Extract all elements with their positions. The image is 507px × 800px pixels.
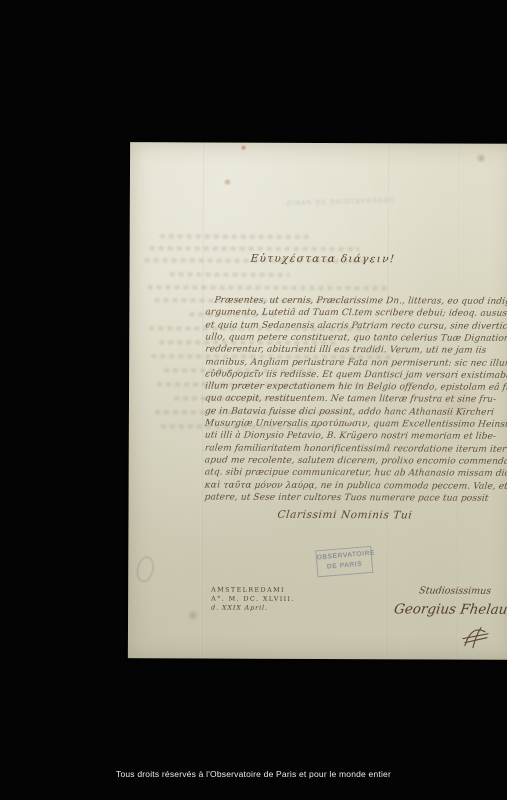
stamp-bleed-text: DE PARIS [285,200,325,208]
letter-line: redderentur, abiturienti illi eas tradid… [205,344,487,355]
letter-line: et quia tum Sedanensis alacris Patriam r… [205,320,507,331]
paper-stain [240,145,247,151]
copyright-caption: Tous droits réservés à l'Observatoire de… [0,769,507,779]
paper-crease [200,142,204,658]
stamp-bleed-text: OBSERVATOIRE [328,197,394,206]
paper-stain [475,154,487,163]
signature-paraph-icon [461,626,491,650]
letter-line: atq. sibi præcipue communicaretur, huc a… [204,467,507,478]
paper-stain [223,179,232,186]
ink-bleedthrough [160,234,310,239]
observatory-stamp: OBSERVATOIRE DE PARIS [315,546,373,578]
letter-line: patere, ut Sese inter cultores Tuos nume… [204,492,489,503]
ink-bleedthrough [170,272,290,277]
letter-line: ullo, quam petere constituerat, quo tant… [205,332,507,343]
letter-closing: Clarissimi Nominis Tui [277,509,413,522]
photo-frame: OBSERVATOIRE DE PARIS Εὐτυχέστατα διάγει… [0,0,507,800]
letter-line: ge in Batavia fuisse dici possint, addo … [204,406,494,417]
letter-line: illum præter expectationem hic in Belgio… [205,381,507,392]
paper-stain [186,610,200,620]
dateline-place: AMSTELREDAMI [211,586,285,594]
signature-name: Georgius Fhelau [393,601,507,617]
dateline-year: A°. M. DC. XLVIII. [211,595,295,603]
pencil-mark [135,555,156,584]
ink-bleedthrough [147,285,387,290]
letter-paper: OBSERVATOIRE DE PARIS Εὐτυχέστατα διάγει… [128,142,507,660]
letter-line: καὶ ταῦτα μόνον λαύρᾳ, ne in publica com… [204,480,507,491]
ink-bleedthrough [150,246,360,251]
signature-valediction: Studiosissimus [418,585,492,596]
letter-line: ralem familiaritatem honorificentissimâ … [204,443,507,454]
stamp-bleedthrough: OBSERVATOIRE DE PARIS [282,197,398,208]
letter-line: Præsentes, ut cernis, Præclarissime Dn.,… [214,296,507,308]
letter-line: manibus, Angliam perlustrare Fata non pe… [205,357,507,368]
letter-line: uti illi à Dionysio Petavio, B. Krügero … [204,430,496,441]
letter-greeting: Εὐτυχέστατα διάγειν! [250,253,396,266]
letter-line: qua accepit, restituentem. Ne tamen lite… [204,393,496,404]
dateline-day: d. XXIX April. [211,604,268,612]
letter-line: Musurgiæ Universalis προτύπωσιν, quam Ex… [204,418,507,429]
letter-line: argumento, Lutetiâ ad Tuam Cl.tem scribe… [205,307,507,318]
letter-line: εὐθυδρομεῖν iis rediisse. Et quem Dantis… [205,369,507,380]
letter-line: apud me recolente, salutem dicerem, prol… [204,455,507,466]
